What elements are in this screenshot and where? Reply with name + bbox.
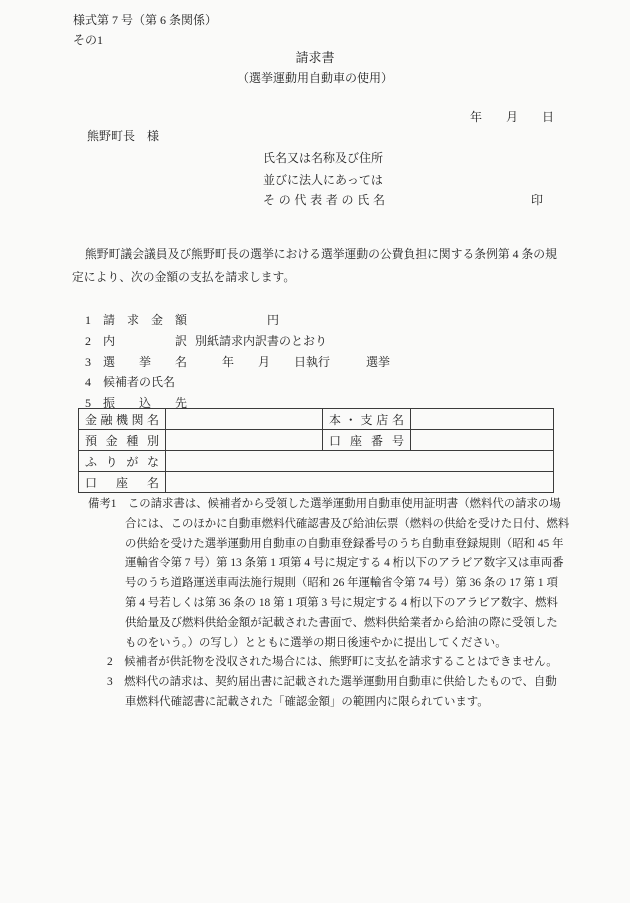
remark-line: 合には、このほかに自動車燃料代確認書及び給油伝票（燃料の供給を受けた日付、燃料 xyxy=(88,515,566,535)
name-block-line-2: 並びに法人にあっては xyxy=(263,173,383,189)
item-value: 円 xyxy=(267,313,279,327)
item-claim-amount: 1請 求 金 額円 xyxy=(85,310,390,331)
document-title: 請求書 xyxy=(0,50,630,67)
remark-line: 運輸省令第 7 号）第 13 条第 1 項第 4 号に規定する 4 桁以下のアラ… xyxy=(88,554,566,574)
item-label: 候補者の氏名 xyxy=(103,372,175,393)
bank-account-table: 金 融 機 関 名 本 ・ 支 店 名 預 金 種 別 口 座 番 号 ふ り … xyxy=(78,408,554,493)
item-number: 2 xyxy=(85,331,103,352)
deposit-type-label: 預 金 種 別 xyxy=(79,430,166,451)
remark-line: 2 候補者が供託物を没収された場合には、熊野町に支払を請求することはできません。 xyxy=(88,653,566,673)
item-number: 3 xyxy=(85,352,103,373)
document-page: 様式第 7 号（第 6 条関係） その1 請求書 （選挙運動用自動車の使用） 年… xyxy=(0,0,630,903)
table-row: 預 金 種 別 口 座 番 号 xyxy=(79,430,554,451)
item-value: 別紙請求内訳書のとおり xyxy=(195,334,327,348)
representative-name-label: そ の 代 表 者 の 氏 名 xyxy=(263,193,385,209)
item-label: 選 挙 名 xyxy=(103,352,187,373)
furigana-label: ふ り が な xyxy=(79,451,166,472)
form-part-label: その1 xyxy=(73,33,103,49)
remark-line: の供給を受けた選挙運動用自動車の自動車登録番号のうち自動車登録規則（昭和 45 … xyxy=(88,535,566,555)
branch-name-label: 本 ・ 支 店 名 xyxy=(323,409,411,430)
remark-line: 第 4 号若しくは第 36 条の 18 第 1 項第 3 号に規定する 4 桁以… xyxy=(88,594,566,614)
table-row: ふ り が な xyxy=(79,451,554,472)
item-label: 内 訳 xyxy=(103,331,187,352)
name-block-line-3: そ の 代 表 者 の 氏 名 xyxy=(263,193,385,209)
item-candidate-name: 4候補者の氏名 xyxy=(85,372,390,393)
item-number: 1 xyxy=(85,310,103,331)
body-paragraph-line-1: 熊野町議会議員及び熊野町長の選挙における選挙運動の公費負担に関する条例第 4 条… xyxy=(85,247,557,262)
date-line: 年 月 日 xyxy=(470,110,554,126)
remark-line: 車燃料代確認書に記載された「確認金額」の範囲内に限られています。 xyxy=(88,693,566,713)
seal-mark: 印 xyxy=(531,193,543,209)
payment-item-list: 1請 求 金 額円 2内 訳別紙請求内訳書のとおり 3選 挙 名年 月 日執行 … xyxy=(85,310,390,414)
remark-line: 備考1 この請求書は、候補者から受領した選挙運動用自動車使用証明書（燃料代の請求… xyxy=(88,495,566,515)
body-paragraph-line-2: 定により、次の金額の支払を請求します。 xyxy=(72,270,295,285)
addressee-line: 熊野町長 様 xyxy=(87,129,159,145)
remark-line: 供給量及び燃料供給金額が記載された書面で、燃料供給業者から給油の際に受領した xyxy=(88,614,566,634)
name-block-line-1: 氏名又は名称及び住所 xyxy=(263,151,383,167)
account-number-cell xyxy=(411,430,554,451)
account-name-label: 口 座 名 xyxy=(79,472,166,493)
bank-name-label: 金 融 機 関 名 xyxy=(79,409,166,430)
remarks-block: 備考1 この請求書は、候補者から受領した選挙運動用自動車使用証明書（燃料代の請求… xyxy=(88,495,566,713)
deposit-type-cell xyxy=(166,430,323,451)
remark-line: 号のうち道路運送車両法施行規則（昭和 26 年運輸省令第 74 号）第 36 条… xyxy=(88,574,566,594)
bank-name-cell xyxy=(166,409,323,430)
form-number: 様式第 7 号（第 6 条関係） xyxy=(73,13,217,29)
account-number-label: 口 座 番 号 xyxy=(323,430,411,451)
remark-line: 3 燃料代の請求は、契約届出書に記載された選挙運動用自動車に供給したもので、自動 xyxy=(88,673,566,693)
item-value: 年 月 日執行 選挙 xyxy=(222,355,390,369)
branch-name-cell xyxy=(411,409,554,430)
item-election-name: 3選 挙 名年 月 日執行 選挙 xyxy=(85,352,390,373)
table-row: 口 座 名 xyxy=(79,472,554,493)
item-breakdown: 2内 訳別紙請求内訳書のとおり xyxy=(85,331,390,352)
document-subtitle: （選挙運動用自動車の使用） xyxy=(0,71,630,87)
item-number: 4 xyxy=(85,372,103,393)
item-label: 請 求 金 額 xyxy=(103,310,187,331)
table-row: 金 融 機 関 名 本 ・ 支 店 名 xyxy=(79,409,554,430)
furigana-cell xyxy=(166,451,554,472)
remark-line: ものをいう。）の写し）とともに選挙の期日後速やかに提出してください。 xyxy=(88,634,566,654)
account-name-cell xyxy=(166,472,554,493)
